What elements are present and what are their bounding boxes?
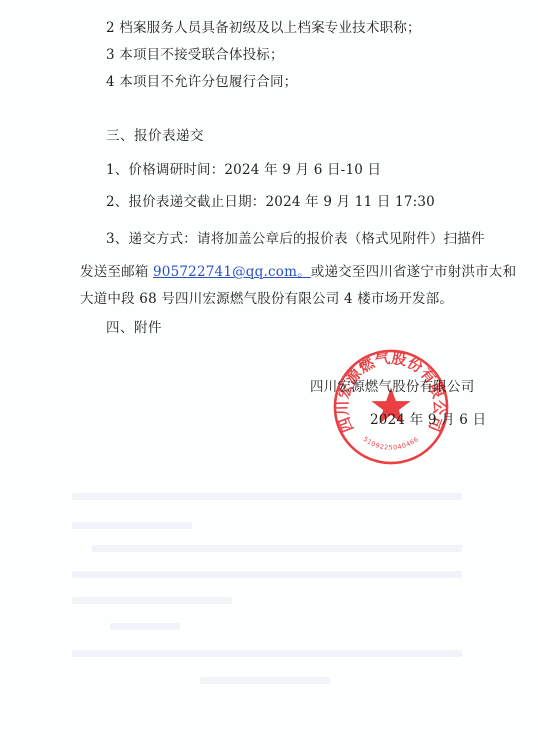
email-suffix: 或递交至四川省遂宁市射洪市太和 bbox=[311, 264, 517, 280]
section-heading-quote-submission: 三、报价表递交 bbox=[106, 128, 204, 144]
submission-method-line1: 3、递交方式：请将加盖公章后的报价表（格式见附件）扫描件 bbox=[106, 231, 485, 247]
requirement-3: 3 本项目不接受联合体投标； bbox=[106, 47, 284, 63]
section-heading-attachment: 四、附件 bbox=[106, 320, 162, 336]
submission-method-line2: 发送至邮箱 905722741@qq.com。或递交至四川省遂宁市射洪市太和 bbox=[80, 264, 516, 280]
email-link[interactable]: 905722741@qq.com。 bbox=[153, 264, 311, 280]
submission-deadline: 2、报价表递交截止日期：2024 年 9 月 11 日 17:30 bbox=[106, 194, 435, 210]
svg-text:5109225040466: 5109225040466 bbox=[362, 435, 421, 452]
survey-period: 1、价格调研时间：2024 年 9 月 6 日-10 日 bbox=[106, 162, 381, 178]
company-seal-icon: 四川宏源燃气股份有限公司 5109225040466 bbox=[332, 348, 450, 466]
requirement-4: 4 本项目不允许分包履行合同； bbox=[106, 74, 297, 90]
submission-method-line3: 大道中段 68 号四川宏源燃气股份有限公司 4 楼市场开发部。 bbox=[80, 291, 453, 307]
email-prefix: 发送至邮箱 bbox=[80, 264, 153, 280]
requirement-2: 2 档案服务人员具备初级及以上档案专业技术职称； bbox=[106, 20, 421, 36]
signature-date: 2024 年 9 月 6 日 bbox=[370, 412, 486, 428]
signature-company: 四川宏源燃气股份有限公司 bbox=[310, 379, 474, 395]
document-page: 2 档案服务人员具备初级及以上档案专业技术职称； 3 本项目不接受联合体投标； … bbox=[0, 0, 538, 750]
